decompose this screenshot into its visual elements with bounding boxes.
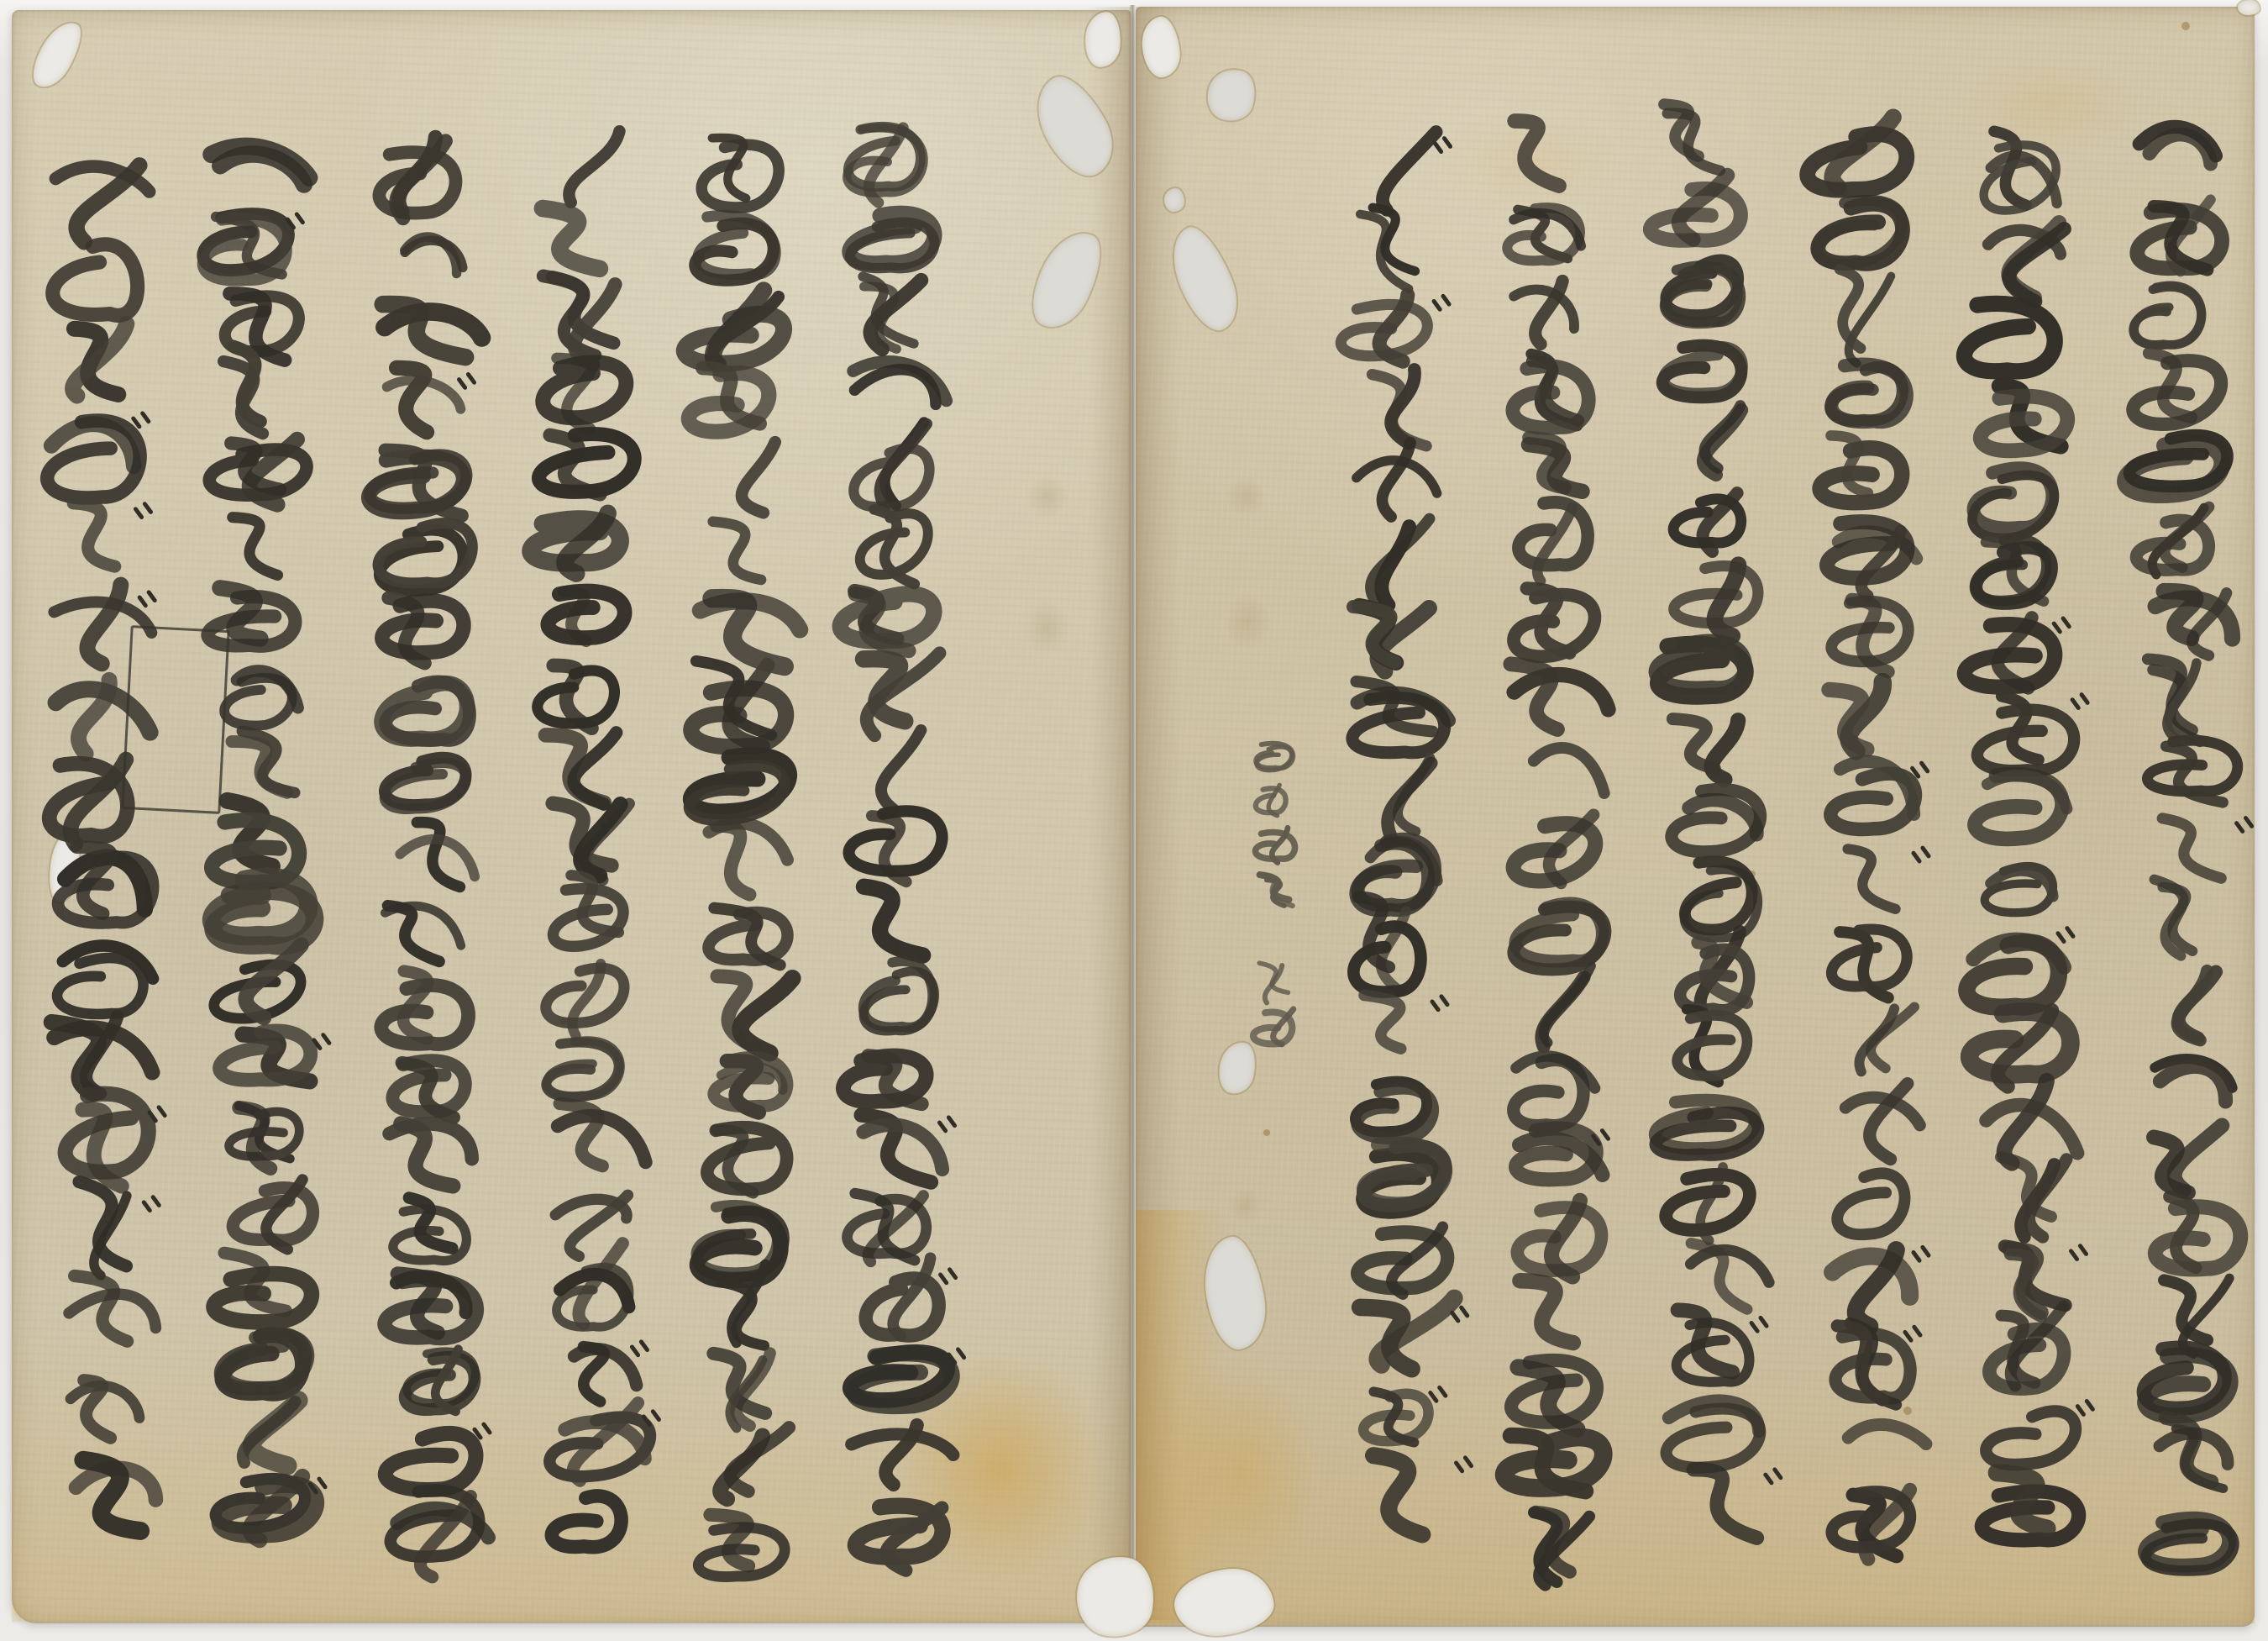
interlinear-note-column <box>1241 731 1305 1048</box>
text-column-left-6 <box>17 145 176 1535</box>
page-seam-crease <box>1129 5 1136 1630</box>
text-column-left-5 <box>181 132 339 1544</box>
text-column-right-2 <box>1940 139 2098 1549</box>
text-column-left-1 <box>811 119 970 1568</box>
text-column-right-3 <box>1788 107 1948 1563</box>
text-column-right-1 <box>2104 119 2264 1575</box>
text-column-right-4 <box>1630 98 1789 1538</box>
manuscript-spread: すゝと上まくやもとのなりのふみくへけれ しも先きをうらむらゐかくよそ今年みる み… <box>0 0 2268 1641</box>
text-column-right-6 <box>1315 129 1473 1531</box>
text-column-left-4 <box>345 141 504 1569</box>
text-column-left-2 <box>659 134 818 1579</box>
boxed-correction-mark <box>121 625 229 814</box>
text-column-left-3 <box>504 125 664 1556</box>
text-column-right-5 <box>1474 116 1634 1582</box>
